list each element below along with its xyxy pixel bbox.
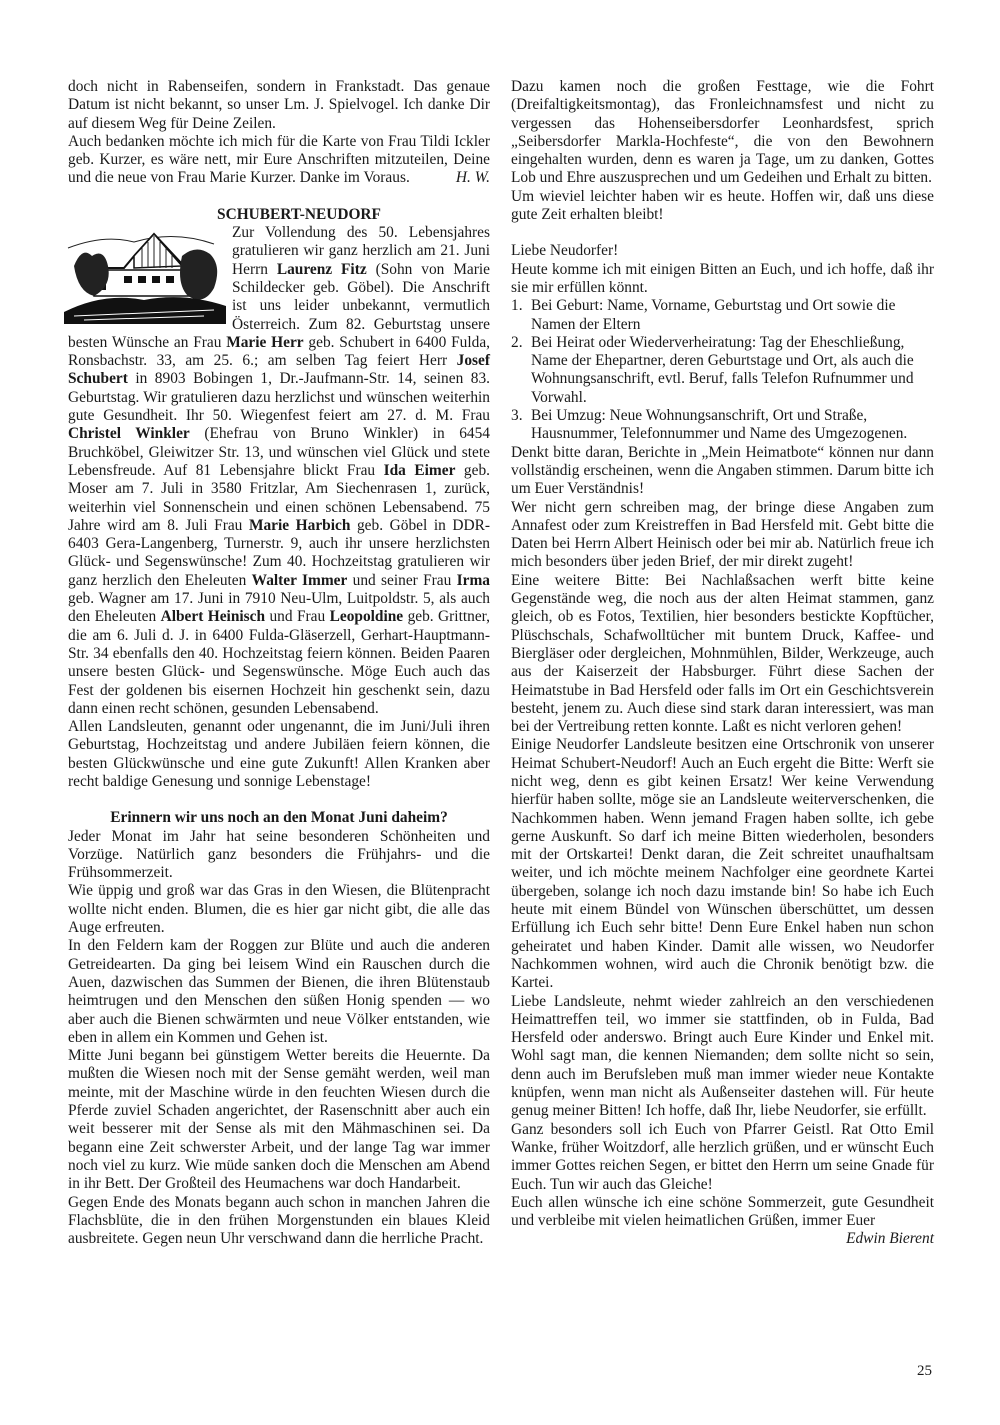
juni-paragraph: Jeder Monat im Jahr hat seine besonderen… xyxy=(68,828,490,883)
letter-paragraph: Wer nicht gern schreiben mag, der bringe… xyxy=(511,499,934,572)
letter-paragraph: Eine weitere Bitte: Bei Nachlaßsachen we… xyxy=(511,572,934,737)
person-name: Walter Immer xyxy=(252,572,348,589)
person-name: Christel Winkler xyxy=(68,425,190,442)
letter-paragraph: Denkt bitte daran, Berichte in „Mein Hei… xyxy=(511,444,934,499)
person-name: Albert Heinisch xyxy=(161,608,265,625)
request-text: Bei Umzug: Neue Wohnungsanschrift, Ort u… xyxy=(531,407,934,444)
intro-paragraph-text: Auch bedanken möchte ich mich für die Ka… xyxy=(68,133,490,187)
right-column: Dazu kamen noch die großen Festtage, wie… xyxy=(511,78,934,1249)
letter-signature: Edwin Bierent xyxy=(511,1230,934,1248)
text-run: und seiner Frau xyxy=(347,572,456,589)
intro-signature: H. W. xyxy=(456,169,490,187)
juni-paragraph: Gegen Ende des Monats begann auch schon … xyxy=(68,1194,490,1249)
request-number: 2. xyxy=(511,334,531,407)
request-number: 3. xyxy=(511,407,531,444)
letter-paragraph: Euch allen wünsche ich eine schöne Somme… xyxy=(511,1194,934,1231)
left-column: doch nicht in Rabenseifen, sondern in Fr… xyxy=(68,78,490,1248)
person-name: Ida Eimer xyxy=(384,462,456,479)
request-list: 1.Bei Geburt: Name, Vorname, Geburtstag … xyxy=(511,297,934,443)
person-name: Marie Herr xyxy=(226,334,303,351)
request-item: 1.Bei Geburt: Name, Vorname, Geburtstag … xyxy=(511,297,934,334)
letter-salutation: Liebe Neudorfer! xyxy=(511,242,934,260)
text-run: in 8903 Bobingen 1, Dr.-Jaufmann-Str. 14… xyxy=(68,370,490,424)
section-heading-schubert-neudorf: SCHUBERT-NEUDORF xyxy=(68,206,490,224)
birthday-announcements: Zur Vollendung des 50. Lebensjahres grat… xyxy=(68,224,490,718)
spacer xyxy=(511,224,934,242)
request-text: Bei Heirat oder Wiederverheiratung: Tag … xyxy=(531,334,934,407)
person-name: Leopoldine xyxy=(330,608,404,625)
person-name: Irma xyxy=(457,572,490,589)
request-item: 2.Bei Heirat oder Wiederverheiratung: Ta… xyxy=(511,334,934,407)
greetings-paragraph: Allen Landsleuten, genannt oder ungenann… xyxy=(68,718,490,791)
intro-paragraph: doch nicht in Rabenseifen, sondern in Fr… xyxy=(68,78,490,133)
letter-paragraph: Ganz besonders soll ich Euch von Pfarrer… xyxy=(511,1121,934,1194)
request-number: 1. xyxy=(511,297,531,334)
juni-paragraph: Mitte Juni begann bei günstigem Wetter b… xyxy=(68,1047,490,1193)
person-name: Laurenz Fitz xyxy=(277,261,367,278)
letter-intro: Heute komme ich mit einigen Bitten an Eu… xyxy=(511,261,934,298)
intro-paragraph: Auch bedanken möchte ich mich für die Ka… xyxy=(68,133,490,188)
request-text: Bei Geburt: Name, Vorname, Geburtstag un… xyxy=(531,297,934,334)
section-heading-juni: Erinnern wir uns noch an den Monat Juni … xyxy=(68,809,490,827)
juni-paragraph: In den Feldern kam der Roggen zur Blüte … xyxy=(68,937,490,1047)
house-illustration-icon xyxy=(64,226,226,324)
person-name: Marie Harbich xyxy=(249,517,350,534)
festtage-paragraph: Um wieviel leichter haben wir es heute. … xyxy=(511,188,934,225)
request-item: 3.Bei Umzug: Neue Wohnungsanschrift, Ort… xyxy=(511,407,934,444)
page-number: 25 xyxy=(917,1363,932,1380)
festtage-paragraph: Dazu kamen noch die großen Festtage, wie… xyxy=(511,78,934,188)
juni-paragraph: Wie üppig und groß war das Gras in den W… xyxy=(68,882,490,937)
letter-paragraph: Liebe Landsleute, nehmt wieder zahlreich… xyxy=(511,993,934,1121)
letter-paragraph: Einige Neudorfer Landsleute besitzen ein… xyxy=(511,736,934,992)
text-run: und Frau xyxy=(265,608,330,625)
